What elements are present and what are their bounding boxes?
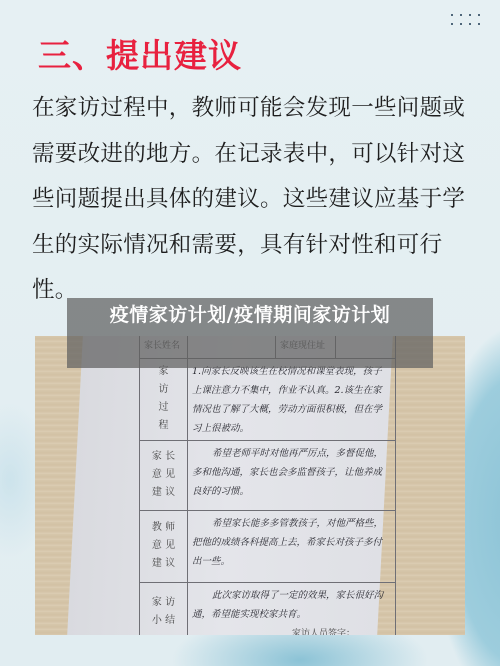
dot-grid-icon [451, 14, 481, 26]
home-visit-record-table: 家长姓名 家庭现住址 家 访 过 程 1.向家长反映该生在校情况和课堂表现，孩子… [139, 336, 396, 635]
table-row-teacher-suggestions: 教 师 意 见 建 议 希望家长能多多管教孩子，对他严格些，把他的成绩各科提高上… [140, 510, 395, 583]
row-content: 此次家访取得了一定的效果，家长很好沟通，希望能实现校家共育。 [192, 586, 389, 624]
home-visit-form-photo: 家长姓名 家庭现住址 家 访 过 程 1.向家长反映该生在校情况和课堂表现，孩子… [35, 336, 465, 635]
row-label: 教 师 意 见 建 议 [140, 510, 188, 582]
section-heading: 三、提出建议 [38, 34, 242, 78]
table-row-visit-summary: 家 访 小 结 此次家访取得了一定的效果，家长很好沟通，希望能实现校家共育。 家… [140, 582, 395, 635]
row-content: 希望家长能多多管教孩子，对他严格些，把他的成绩各科提高上去，希家长对孩子多付出一… [192, 514, 389, 571]
row-label: 家 访 过 程 [140, 358, 188, 440]
row-content: 希望老师平时对他再严厉点，多督促他，多和他沟通，家长也会多监督孩子，让他养成良好… [192, 444, 389, 501]
overlay-title: 疫情家访计划/疫情期间家访计划 [67, 300, 433, 331]
table-row-parent-suggestions: 家 长 意 见 建 议 希望老师平时对他再严厉点，多督促他，多和他沟通，家长也会… [140, 440, 395, 511]
table-row-visit-process: 家 访 过 程 1.向家长反映该生在校情况和课堂表现，孩子上课注意力不集中，作业… [140, 358, 395, 441]
row-label: 家 访 小 结 [140, 582, 188, 635]
row-content: 1.向家长反映该生在校情况和课堂表现，孩子上课注意力不集中，作业不认真。2.该生… [192, 362, 389, 438]
body-paragraph: 在家访过程中，教师可能会发现一些问题或需要改进的地方。在记录表中，可以针对这些问… [32, 86, 472, 314]
signature-label: 家访人员签字： [292, 626, 355, 635]
row-label: 家 长 意 见 建 议 [140, 440, 188, 510]
